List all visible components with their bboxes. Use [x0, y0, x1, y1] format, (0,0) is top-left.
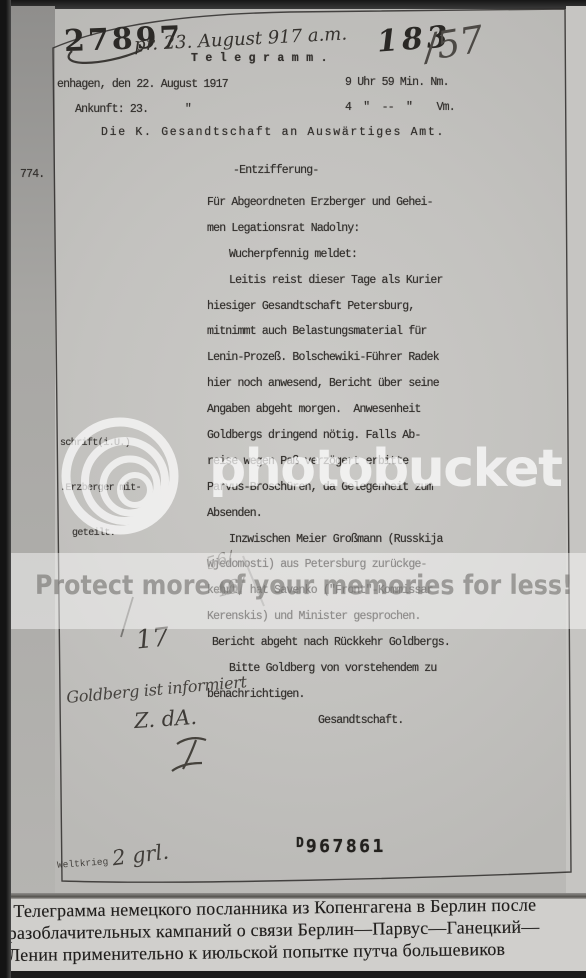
typed-line: men Legationsrat Nadolny:	[207, 216, 467, 242]
telegram-title: Telegramm.	[191, 52, 335, 65]
margin-note-line: schrift(i.U.)	[60, 436, 141, 451]
stamp-prefix: D	[296, 836, 304, 851]
telegram-body: Für Abgeordneten Erzberger und Gehei- me…	[207, 190, 467, 734]
margin-note-line: geteilt.	[60, 526, 141, 541]
typed-line: hiesiger Gesandtschaft Petersburg,	[207, 294, 467, 320]
route-line: Die K. Gesandtschaft an Auswärtiges Amt.	[101, 126, 445, 139]
typed-line: Leitis reist dieser Tage als Kurier	[207, 268, 467, 294]
typed-line: Wucherpfennig meldet:	[207, 242, 467, 268]
typed-line: reise wegen Paß verzögert erbitte	[207, 449, 467, 475]
arrival-line: Ankunft: 23. "	[75, 103, 191, 116]
margin-note: schrift(i.U.) .Erzberger mit- geteilt.	[60, 406, 141, 571]
typed-line: mitnimmt auch Belastungsmaterial für	[207, 319, 467, 345]
time-sent: 9 Uhr 59 Min. Nm.	[345, 76, 449, 89]
margin-note-line: .Erzberger mit-	[60, 481, 141, 496]
scan-margin-right	[566, 6, 586, 899]
scan-edge-left	[0, 0, 11, 978]
registry-stamp: D967861	[296, 836, 386, 857]
pencil-scribble: 17	[135, 622, 171, 655]
scan-edge-bottom	[0, 971, 586, 978]
typed-line: Wjedomosti) aus Petersburg zurückge-	[207, 552, 467, 578]
scanned-telegram-page: Telegramm. enhagen, den 22. August 1917 …	[0, 0, 586, 978]
scan-edge-top	[0, 0, 586, 9]
typed-line: hier noch anwesend, Bericht über seine	[207, 371, 467, 397]
document-photo: Telegramm. enhagen, den 22. August 1917 …	[0, 0, 586, 899]
place-date-line: enhagen, den 22. August 1917	[57, 78, 228, 91]
archive-label: Weltkrieg	[57, 856, 109, 871]
typed-line: Kerenskis) und Minister gesprochen.	[207, 604, 467, 630]
handwritten-zda-note: Z. dA.	[133, 705, 197, 733]
typed-line: Angaben abgeht morgen. Anwesenheit	[207, 397, 467, 423]
time-arrival: 4 " -- " Vm.	[345, 101, 455, 114]
pencil-slash	[121, 597, 133, 637]
typed-line: Gesandtschaft.	[207, 708, 467, 734]
handwritten-archive-note: 2 grl.	[111, 840, 170, 871]
stamp-number: 967861	[306, 836, 386, 857]
typed-line: Lenin-Prozeß. Bolschewiki-Führer Radek	[207, 345, 467, 371]
file-number: 774.	[20, 168, 44, 181]
typed-line: Goldbergs dringend nötig. Falls Ab-	[207, 423, 467, 449]
typed-line: Absenden.	[207, 501, 467, 527]
typed-line: Inzwischen Meier Großmann (Russkija	[207, 527, 467, 553]
scan-margin-left	[9, 6, 55, 899]
caption-page: Телеграмма немецкого посланника из Копен…	[0, 899, 586, 972]
typed-line: Bericht abgeht nach Rückkehr Goldbergs.	[207, 630, 467, 656]
typed-line: Für Abgeordneten Erzberger und Gehei-	[207, 190, 467, 216]
handwritten-page-number-alt: /57	[421, 18, 487, 70]
decipher-label: -Entzifferung-	[233, 164, 318, 177]
roman-numeral-mark	[172, 738, 206, 771]
typed-line: Parvus-Broschüren, da Gelegenheit zum	[207, 475, 467, 501]
